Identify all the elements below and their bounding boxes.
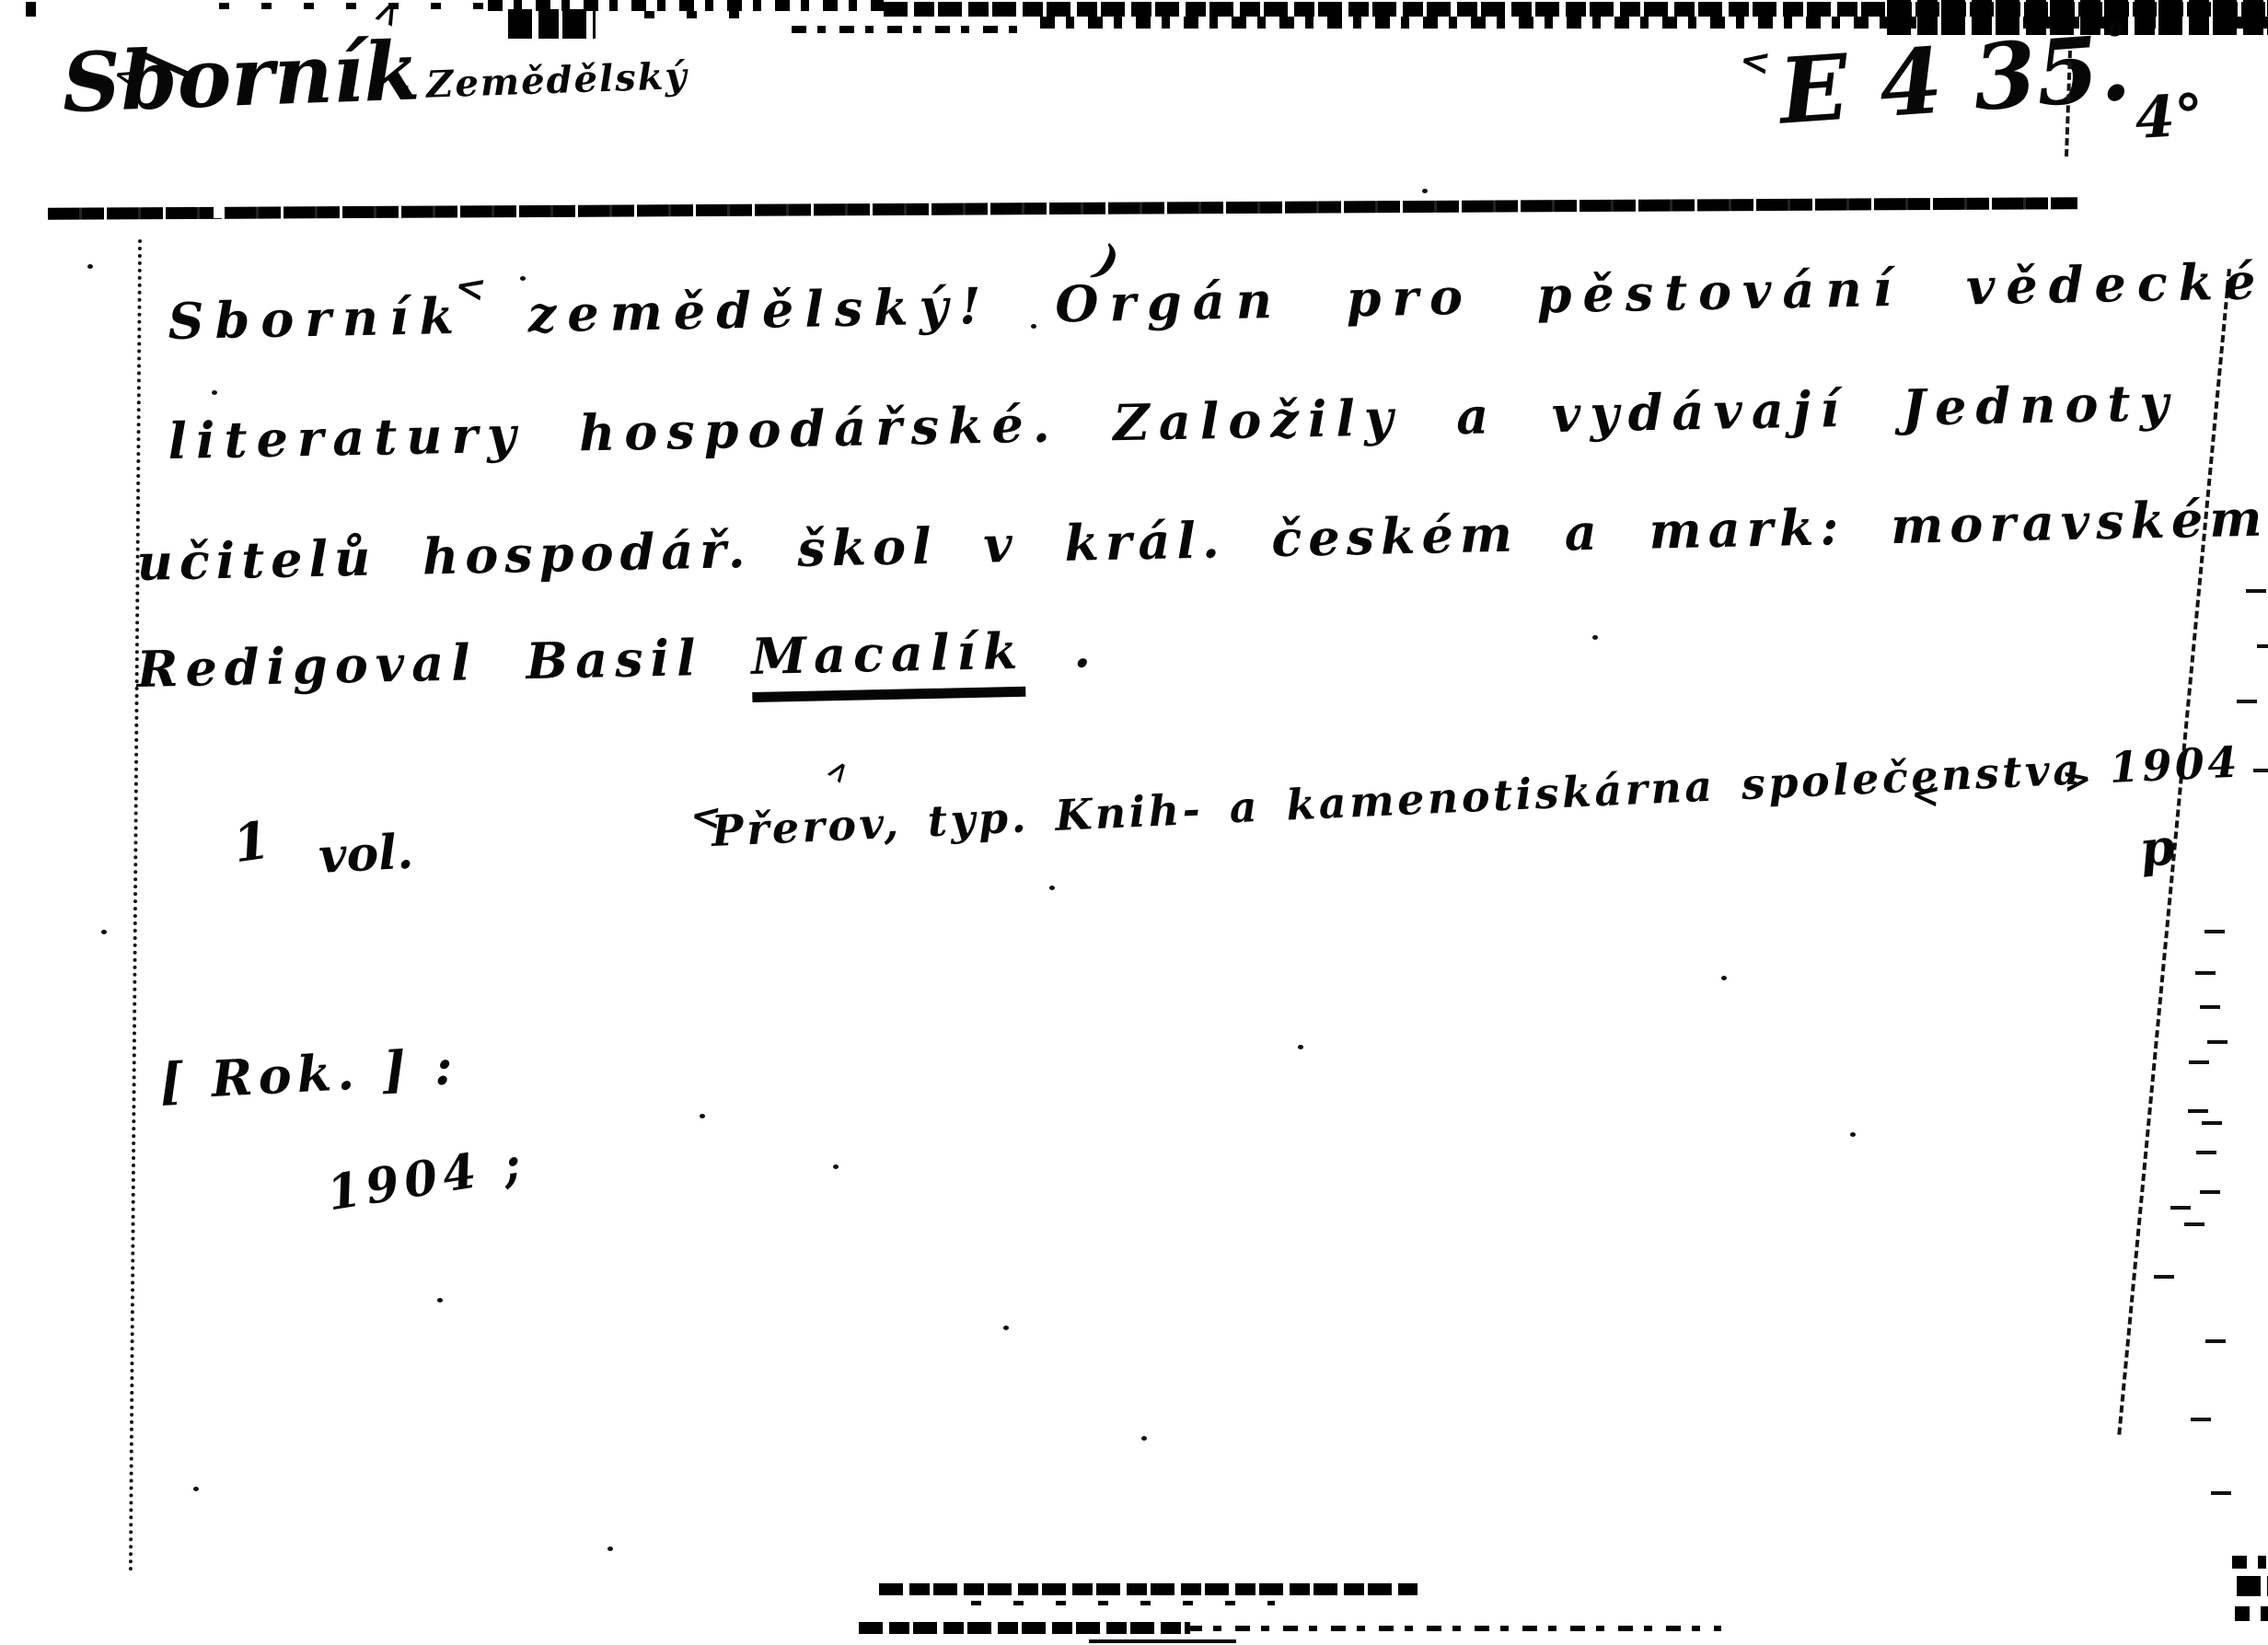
call-number: E 4 35.: [1776, 23, 2134, 137]
book-format: 4°: [2134, 87, 2204, 147]
scan-noise-corner: [2232, 1556, 2268, 1569]
scan-noise-bottom: [1089, 1639, 1236, 1643]
card-title: Sborník: [61, 29, 421, 123]
ink-mark: <: [1910, 776, 1942, 814]
imprint-line: Přerov, typ. Knih- a kamenotiskárna spol…: [711, 741, 2241, 852]
holdings-year: 1904 ;: [324, 1140, 529, 1218]
scan-noise-top: [644, 11, 755, 18]
ink-mark: >: [821, 754, 857, 789]
scan-noise-corner: [2237, 1576, 2268, 1596]
scan-noise-bottom: [1187, 1626, 1721, 1631]
imprint-trailing-letter: p: [2137, 821, 2177, 875]
ink-mark: <: [1737, 41, 1773, 82]
header-rule-gap: [214, 200, 225, 218]
ink-mark: o: [2108, 17, 2123, 41]
scan-noise-top: [26, 2, 66, 17]
editor-statement: Redigoval Basil: [136, 628, 703, 699]
scan-noise-bottom: [971, 1601, 1275, 1605]
volume-label: vol.: [318, 828, 414, 881]
scan-speck-field: [0, 0, 6, 5]
holdings-label: [ Rok. ] :: [158, 1041, 459, 1106]
scan-noise-bottom: [859, 1622, 1190, 1634]
scan-noise-bottom: [879, 1583, 1417, 1595]
ink-mark: >: [2060, 760, 2094, 799]
scan-noise-top: [219, 3, 495, 9]
body-line-2: literatury hospodářské. Založily a vydáv…: [168, 377, 2178, 466]
catalog-card-scan: < Sborník > - Zemědělský < E 4 35. o 4° …: [0, 0, 2268, 1645]
left-margin-dotted-line: [129, 239, 142, 1572]
scan-noise-top: [508, 9, 596, 39]
period: .: [1072, 620, 1098, 679]
editor-name-underlined: Macalík: [751, 621, 1026, 702]
card-subtitle: - Zemědělský: [394, 58, 688, 105]
body-line-4: Redigoval Basil Macalík .: [136, 624, 1098, 694]
scan-noise-corner: [2235, 1606, 2268, 1621]
scan-noise-top: [792, 26, 1031, 33]
body-line-3: učitelů hospodář. škol v král. českém a …: [136, 492, 2268, 587]
volume-count: 1: [230, 815, 272, 871]
header-rule: [48, 197, 2077, 220]
